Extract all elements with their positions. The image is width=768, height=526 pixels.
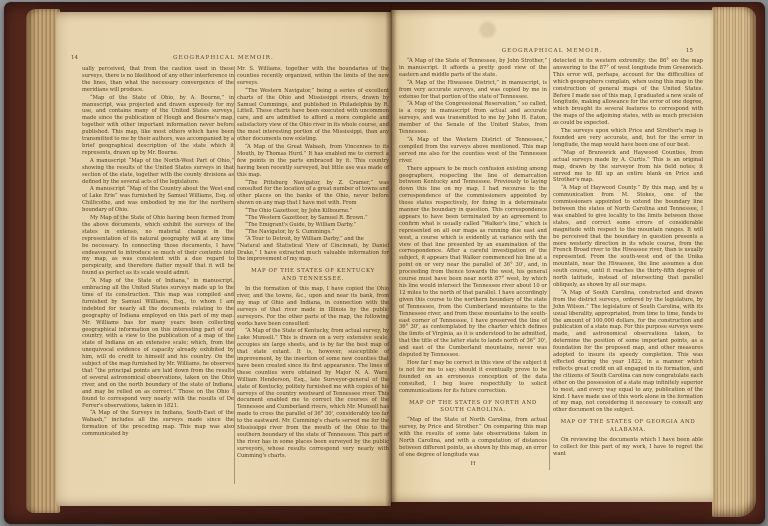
- left-page-column-1: ually perceived, that from the caution u…: [82, 66, 234, 439]
- column-rule: [549, 58, 550, 470]
- paragraph: The surveys upon which Price and Strothe…: [553, 128, 703, 149]
- signature-mark: H: [399, 461, 547, 468]
- paragraph: “Map of the State of Ohio, by A. Bourne,…: [82, 95, 234, 157]
- paragraph: A manuscript “Map of the North-West Part…: [82, 158, 234, 186]
- paragraph: “A Map of the Great Wabash, from Vincenn…: [237, 144, 389, 179]
- section-heading: MAP OF THE STATES OF NORTH AND SOUTH CAR…: [405, 400, 541, 415]
- paragraph: “A Map of the State of Kentucky, from ac…: [237, 328, 389, 459]
- paragraph: “A Map of the Congressional Reservation,…: [399, 101, 547, 136]
- paragraph: “A Map of the State of Indiana,” in manu…: [82, 278, 234, 409]
- right-page-column-1: “A Map of the State of Tennessee, by Joh…: [399, 58, 547, 468]
- paragraph: My Map of the State of Ohio having been …: [82, 215, 234, 277]
- paragraph: A manuscript “Map of the Country about t…: [82, 186, 234, 214]
- paragraph: There appears to be much confusion exist…: [399, 166, 547, 359]
- paragraph: Mr. S. Williams, together with the bound…: [237, 66, 389, 87]
- paragraph: “A Map of the State of Tennessee, by Joh…: [399, 58, 547, 79]
- paragraph: detected in its western extremity; the 8…: [553, 58, 703, 127]
- left-page-column-2: Mr. S. Williams, together with the bound…: [237, 66, 389, 461]
- running-header-left: GEOGRAPHICAL MEMOIR.: [56, 55, 391, 61]
- paragraph: On reviewing the documents which I have …: [553, 437, 703, 458]
- paragraph: “A Map of Haywood County.” By this map, …: [553, 185, 703, 289]
- list-line: “A Tour to Detroit, by William Darby,” a…: [237, 236, 389, 243]
- running-header-right: GEOGRAPHICAL MEMOIR.: [391, 48, 713, 54]
- paragraph: “The Western Navigator,” being a series …: [237, 88, 389, 143]
- paragraph: “Map of the State of North Carolina, fro…: [399, 417, 547, 458]
- book-scan: 14 GEOGRAPHICAL MEMOIR. ually perceived,…: [0, 0, 768, 526]
- list-line: “The Ohio Gazetteer, by John Kilbourne.”: [237, 208, 389, 215]
- paragraph: “Map of Brunswick and Haywood Counties, …: [553, 150, 703, 185]
- paragraph: “Natural and Statistical View of Cincinn…: [237, 243, 389, 264]
- paragraph: “A Map of South Carolina, constructed an…: [553, 290, 703, 414]
- paragraph: In the formation of this map, I have cop…: [237, 286, 389, 327]
- right-page-column-2: detected in its western extremity; the 8…: [553, 58, 703, 459]
- paragraph: ually perceived, that from the caution u…: [82, 66, 234, 94]
- paragraph: “A Map of the Western District of Tennes…: [399, 137, 547, 165]
- section-heading: MAP OF THE STATES OF GEORGIA AND ALABAMA…: [559, 419, 697, 434]
- page-edge-stack-left: [26, 9, 60, 513]
- right-page: 15 GEOGRAPHICAL MEMOIR. “A Map of the St…: [391, 10, 713, 502]
- paragraph: “The Pittsburg Navigator, by Z. Cramer,”…: [237, 180, 389, 208]
- list-line: “The Emigrant's Guide, by William Darby.…: [237, 222, 389, 229]
- list-line: “The Western Gazetteer, by Samuel R. Bro…: [237, 215, 389, 222]
- list-line: “The Navigator, by S. Cummings.”: [237, 229, 389, 236]
- page-edge-stack-right: [712, 7, 756, 517]
- left-page: 14 GEOGRAPHICAL MEMOIR. ually perceived,…: [56, 12, 391, 506]
- paragraph: How far I may be correct in this view of…: [399, 360, 547, 395]
- section-heading: MAP OF THE STATES OF KENTUCKY AND TENNES…: [243, 268, 383, 283]
- paragraph: “A Map of the Surveys in Indiana, South-…: [82, 410, 234, 438]
- paragraph: “A Map of the Hiwassee District,” in man…: [399, 80, 547, 101]
- gutter-shadow: [385, 5, 397, 507]
- column-rule: [234, 66, 235, 484]
